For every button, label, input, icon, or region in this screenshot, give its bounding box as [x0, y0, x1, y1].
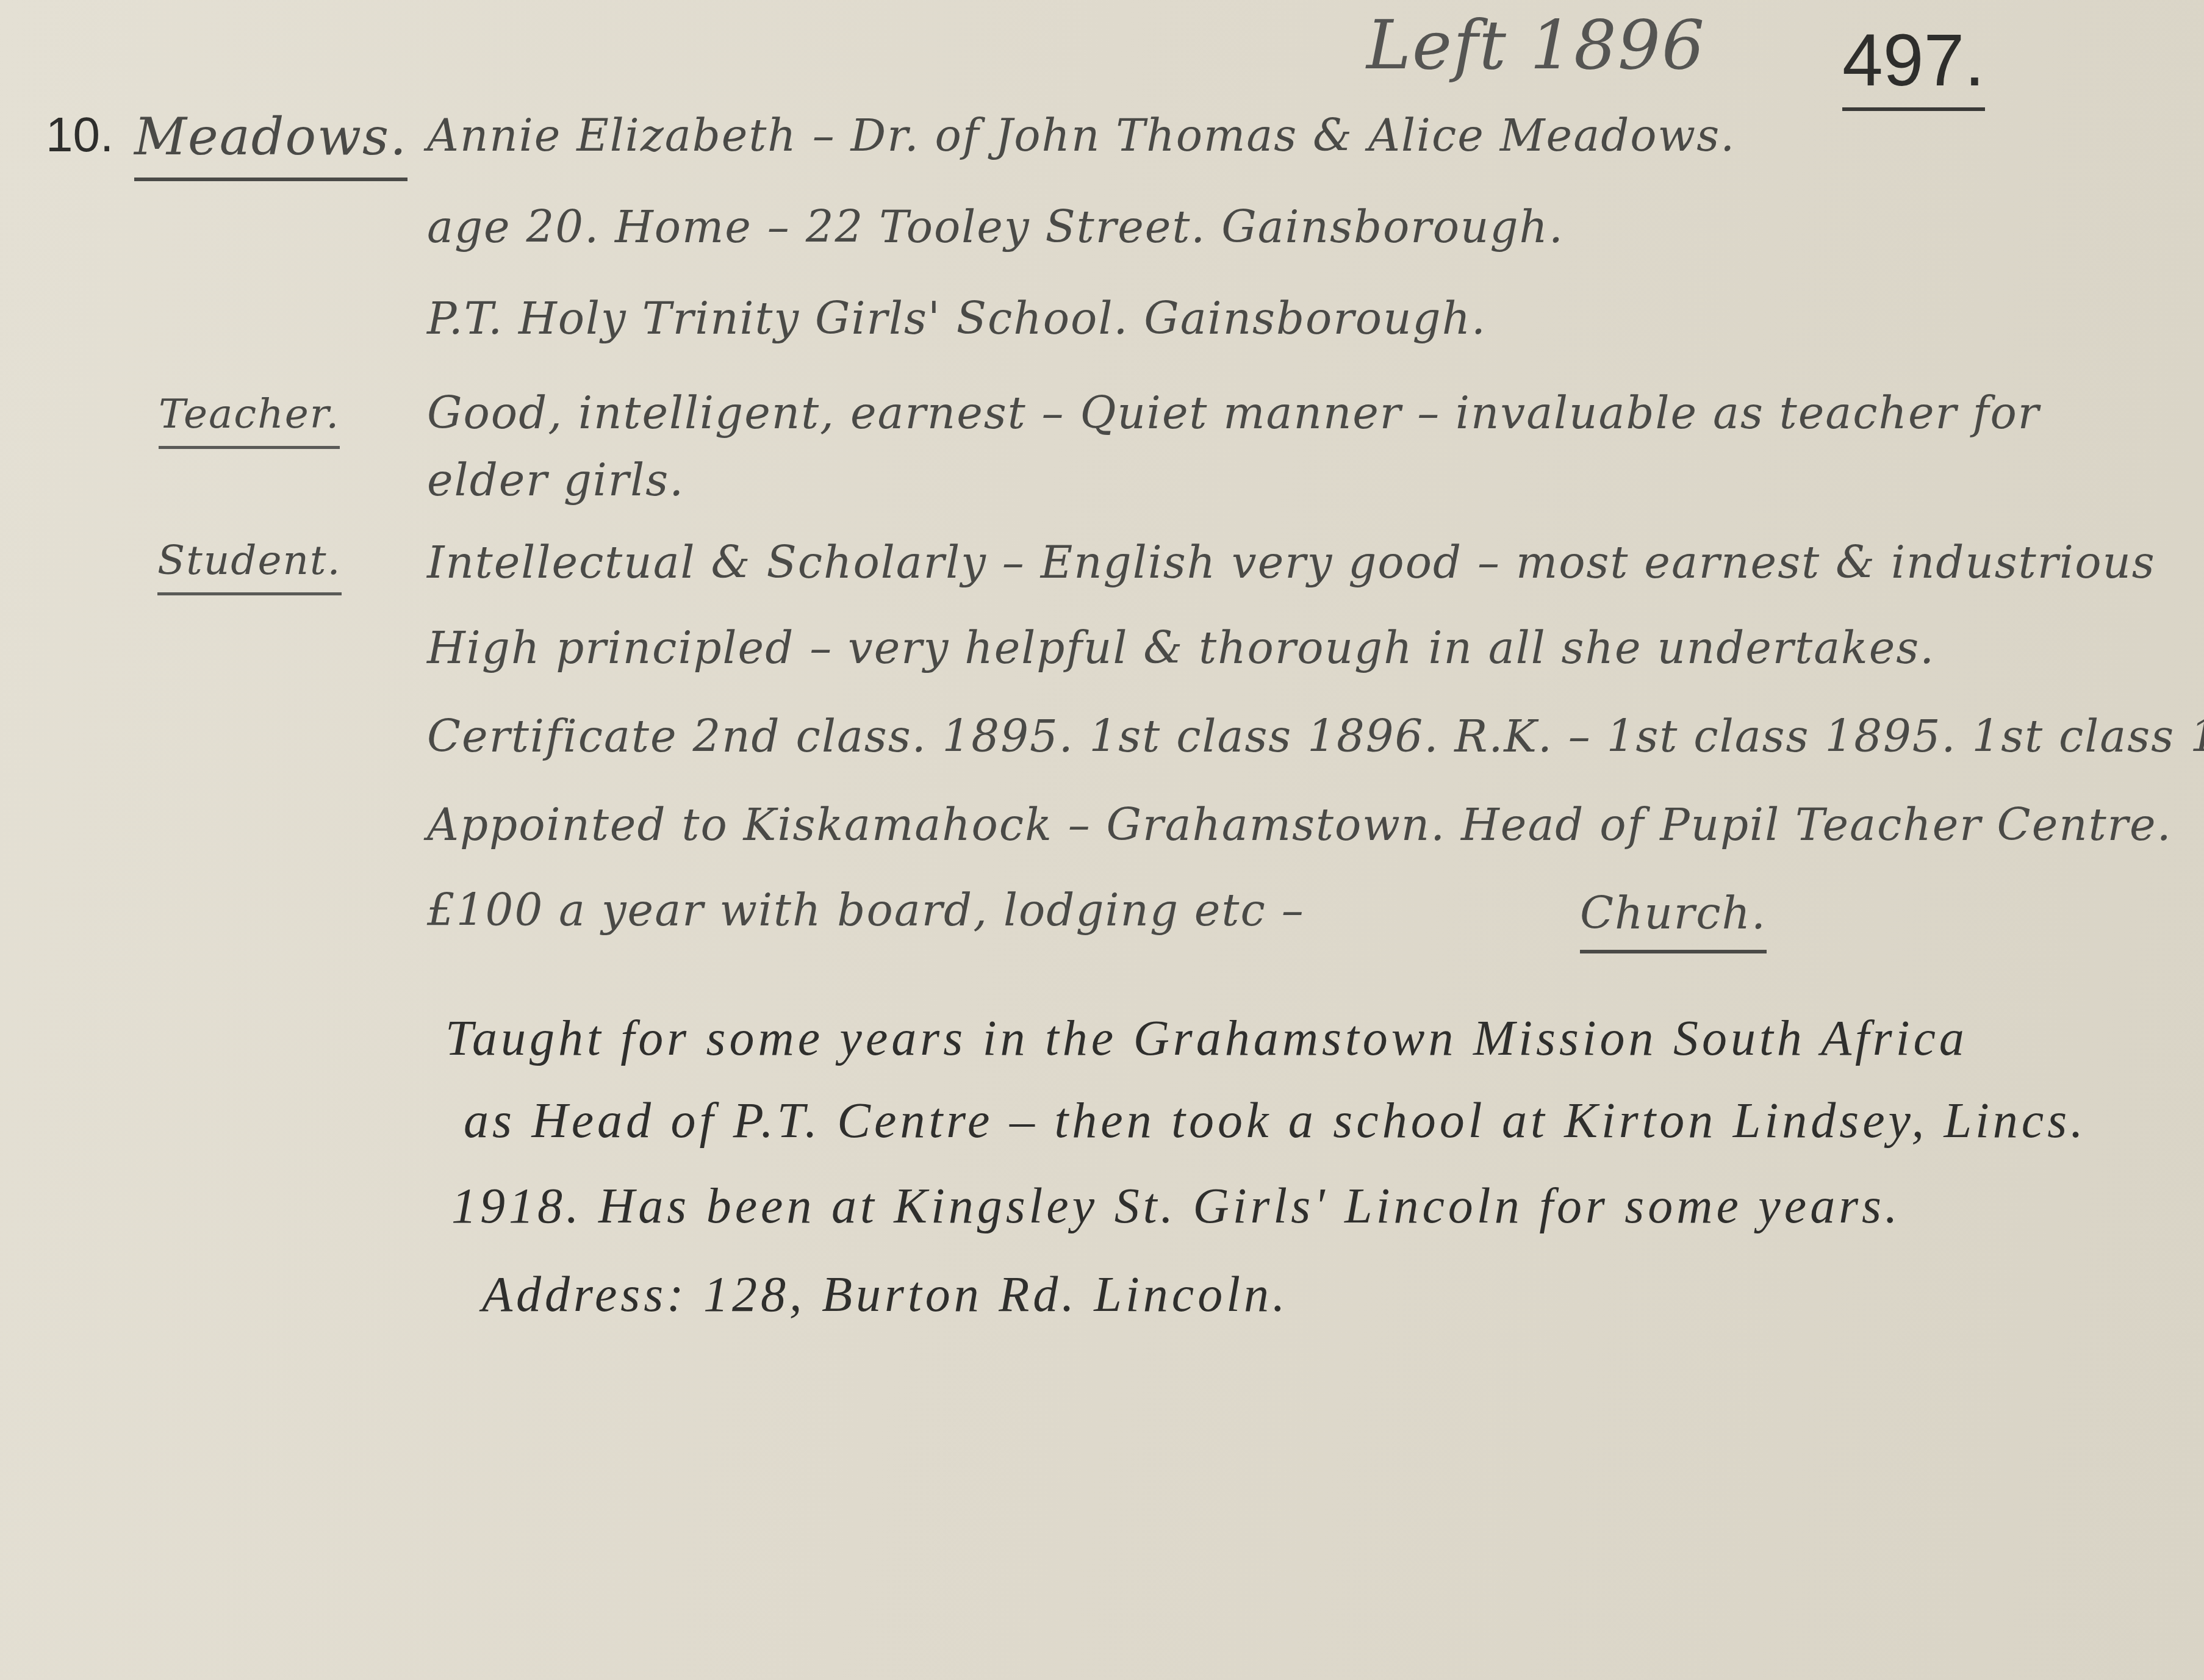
teacher-remark-line: Good, intelligent, earnest – Quiet manne… — [427, 387, 2040, 439]
entry-number: 10. — [46, 107, 113, 163]
teacher-label: Teacher. — [159, 390, 340, 449]
page-number: 497. — [1842, 18, 1985, 102]
later-note-line: as Head of P.T. Centre – then took a sch… — [464, 1092, 2087, 1149]
denomination-note: Church. — [1580, 888, 1767, 953]
student-label: Student. — [157, 537, 342, 595]
student-remark-line: High principled – very helpful & thoroug… — [427, 622, 1935, 673]
salary-line: £100 a year with board, lodging etc – — [427, 885, 1305, 936]
entry-line-parents: Annie Elizabeth – Dr. of John Thomas & A… — [427, 110, 1736, 161]
later-note-line: 1918. Has been at Kingsley St. Girls' Li… — [451, 1177, 1901, 1235]
certificate-line: Certificate 2nd class. 1895. 1st class 1… — [427, 711, 2204, 762]
page-number-text: 497. — [1842, 20, 1985, 111]
entry-line-school: P.T. Holy Trinity Girls' School. Gainsbo… — [427, 293, 1487, 344]
left-year-note: Left 1896 — [1366, 6, 1706, 84]
entry-surname: Meadows. — [134, 107, 407, 181]
student-remark-line: Intellectual & Scholarly – English very … — [427, 537, 2156, 588]
later-note-line: Taught for some years in the Grahamstown… — [445, 1010, 1968, 1067]
entry-line-home: age 20. Home – 22 Tooley Street. Gainsbo… — [427, 201, 1564, 253]
teacher-remark-line: elder girls. — [427, 454, 684, 506]
address-line: Address: 128, Burton Rd. Lincoln. — [482, 1266, 1288, 1323]
appointment-line: Appointed to Kiskamahock – Grahamstown. … — [427, 799, 2172, 850]
